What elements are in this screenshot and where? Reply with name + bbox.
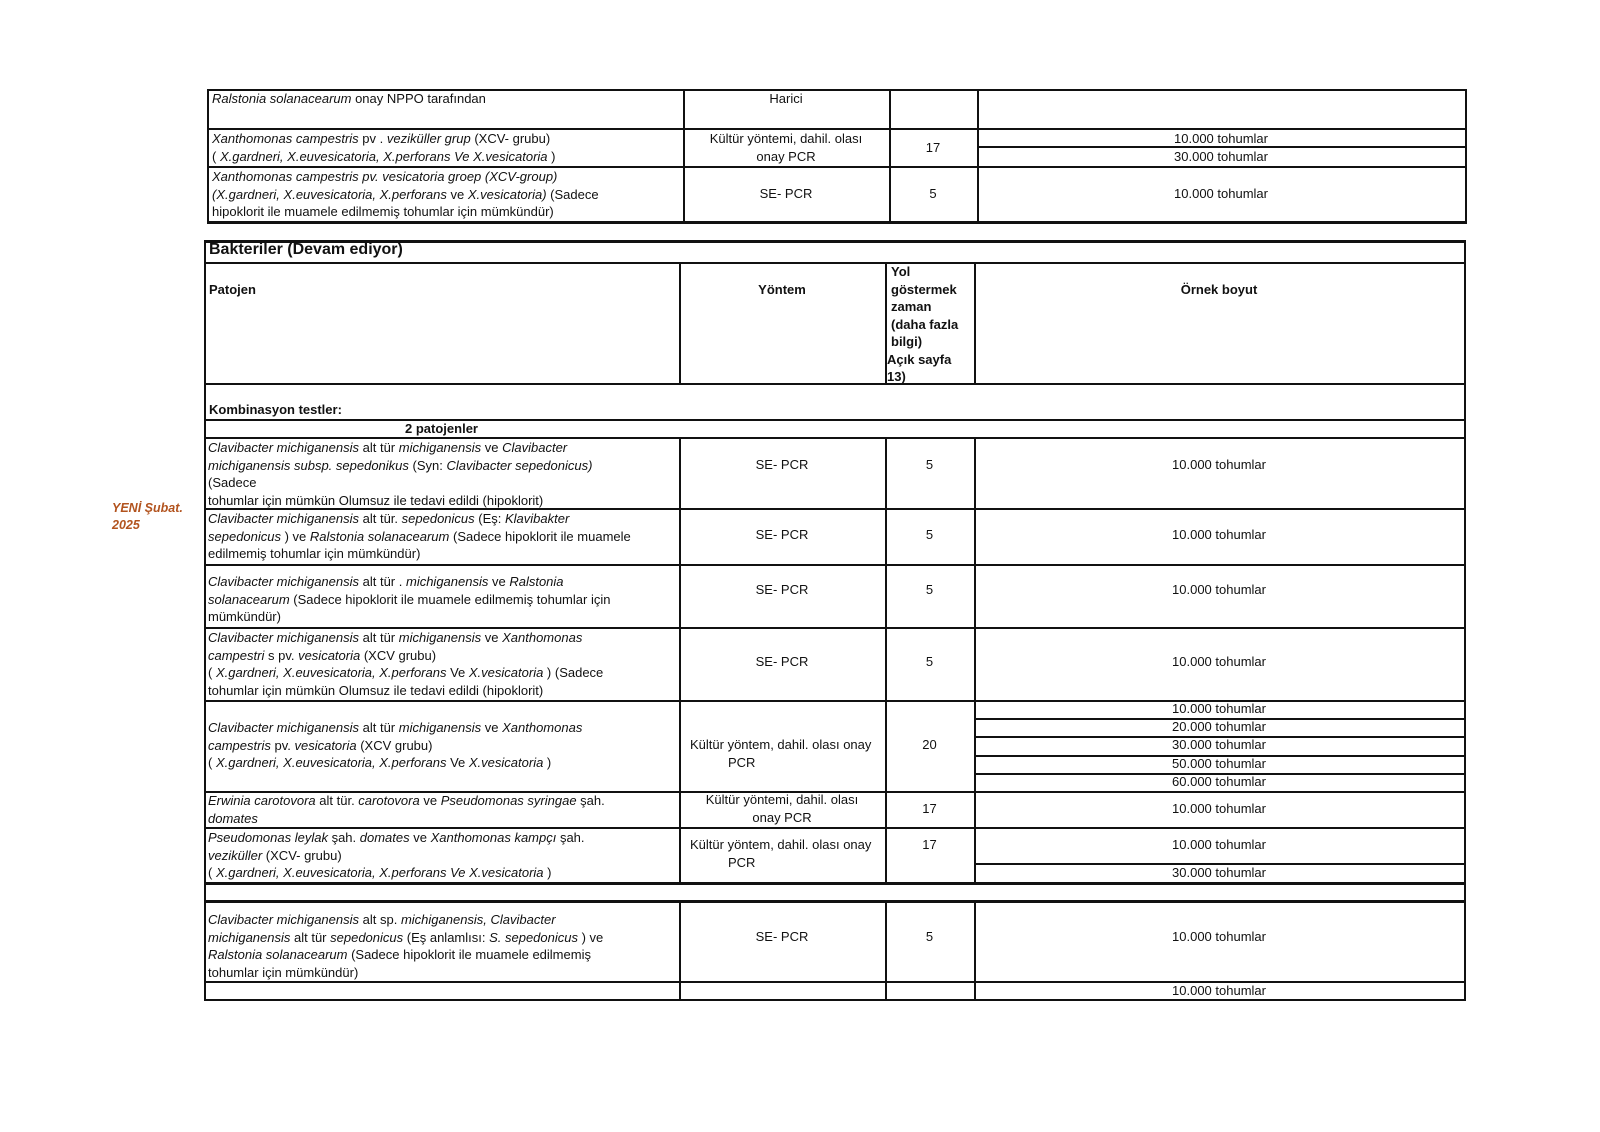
method-cell: SE- PCR — [679, 928, 885, 946]
header-pathogen: Patojen — [209, 281, 509, 299]
sample-size-cell: 10.000 tohumlar — [974, 653, 1464, 671]
lead-time-cell: 5 — [885, 456, 974, 474]
pathogen-cell: Clavibacter michiganensis alt tür. seped… — [208, 510, 678, 563]
pathogen-cell: Clavibacter michiganensis alt tür . mich… — [208, 573, 678, 626]
sample-size-cell: 10.000 tohumlar — [974, 982, 1464, 1000]
rule-line — [204, 999, 1466, 1001]
pathogen-cell: Ralstonia solanacearum onay NPPO tarafın… — [212, 90, 682, 108]
margin-note: YENİ Şubat. 2025 — [112, 500, 183, 534]
header-lead-time: Yolgöstermekzaman(daha fazlabilgi)Açık s… — [891, 263, 975, 386]
sample-size-cell: 10.000 tohumlar — [974, 800, 1464, 818]
lead-time-cell: 17 — [889, 139, 977, 157]
method-cell: SE- PCR — [679, 456, 885, 474]
sample-size-cell: 50.000 tohumlar — [974, 755, 1464, 773]
method-cell: SE- PCR — [683, 185, 889, 203]
pathogen-cell: Clavibacter michiganensis alt tür michig… — [208, 719, 678, 772]
pathogen-cell: Clavibacter michiganensis alt sp. michig… — [208, 911, 678, 981]
rule-line — [204, 383, 1466, 385]
rule-line — [204, 262, 1466, 264]
method-cell: SE- PCR — [679, 526, 885, 544]
sample-size-cell: 30.000 tohumlar — [974, 736, 1464, 754]
rule-line — [885, 981, 887, 1001]
sample-size-cell: 20.000 tohumlar — [974, 718, 1464, 736]
lead-time-cell: 5 — [889, 185, 977, 203]
group-label: 2 patojenler — [204, 420, 679, 438]
method-cell: Kültür yöntem, dahil. olası onayPCR — [679, 736, 896, 771]
rule-line — [974, 437, 976, 510]
pathogen-cell: Pseudomonas leylak şah. domates ve Xanth… — [208, 829, 678, 882]
rule-line — [204, 564, 1466, 566]
pathogen-cell: Xanthomonas campestris pv. vesicatoria g… — [212, 168, 682, 221]
rule-line — [885, 437, 887, 510]
lead-time-cell: 5 — [885, 581, 974, 599]
rule-line — [204, 900, 1466, 903]
lead-time-cell: 5 — [885, 526, 974, 544]
lead-time-cell: 5 — [885, 653, 974, 671]
sample-size-cell: 10.000 tohumlar — [977, 130, 1465, 148]
sample-size-cell: 10.000 tohumlar — [974, 581, 1464, 599]
method-cell: Kültür yöntem, dahil. olası onayPCR — [679, 836, 896, 871]
lead-time-cell: 17 — [885, 836, 974, 854]
rule-line — [679, 981, 681, 1001]
pathogen-cell: Erwinia carotovora alt tür. carotovora v… — [208, 792, 678, 827]
sample-size-cell: 10.000 tohumlar — [974, 928, 1464, 946]
rule-line — [1464, 240, 1466, 1001]
sample-size-cell: 30.000 tohumlar — [974, 864, 1464, 882]
rule-line — [204, 882, 1466, 885]
method-cell: Harici — [683, 90, 889, 108]
method-cell: SE- PCR — [679, 653, 885, 671]
margin-note-line1: YENİ Şubat. — [112, 500, 183, 517]
margin-note-line2: 2025 — [112, 517, 183, 534]
method-cell: SE- PCR — [679, 581, 885, 599]
sample-size-cell: 60.000 tohumlar — [974, 773, 1464, 791]
combination-label: Kombinasyon testler: — [209, 401, 609, 419]
sample-size-cell: 10.000 tohumlar — [974, 836, 1464, 854]
method-cell: Kültür yöntemi, dahil. olasıonay PCR — [683, 130, 889, 165]
lead-time-cell: 17 — [885, 800, 974, 818]
rule-line — [1465, 89, 1467, 223]
section-title: Bakteriler (Devam ediyor) — [209, 241, 809, 259]
rule-line — [207, 221, 1467, 224]
lead-time-cell: 20 — [885, 736, 974, 754]
header-method: Yöntem — [679, 281, 885, 299]
rule-line — [679, 437, 681, 510]
header-sample-size: Örnek boyut — [974, 281, 1464, 299]
pathogen-cell: Xanthomonas campestris pv . veziküller g… — [212, 130, 682, 165]
lead-time-cell: 5 — [885, 928, 974, 946]
rule-line — [207, 89, 209, 223]
pathogen-cell: Clavibacter michiganensis alt tür michig… — [208, 439, 678, 509]
pathogen-cell: Clavibacter michiganensis alt tür michig… — [208, 629, 678, 699]
sample-size-cell: 10.000 tohumlar — [974, 526, 1464, 544]
rule-line — [204, 240, 206, 1001]
sample-size-cell: 10.000 tohumlar — [977, 185, 1465, 203]
sample-size-cell: 30.000 tohumlar — [977, 148, 1465, 166]
sample-size-cell: 10.000 tohumlar — [974, 456, 1464, 474]
method-cell: Kültür yöntemi, dahil. olasıonay PCR — [679, 791, 885, 826]
sample-size-cell: 10.000 tohumlar — [974, 700, 1464, 718]
